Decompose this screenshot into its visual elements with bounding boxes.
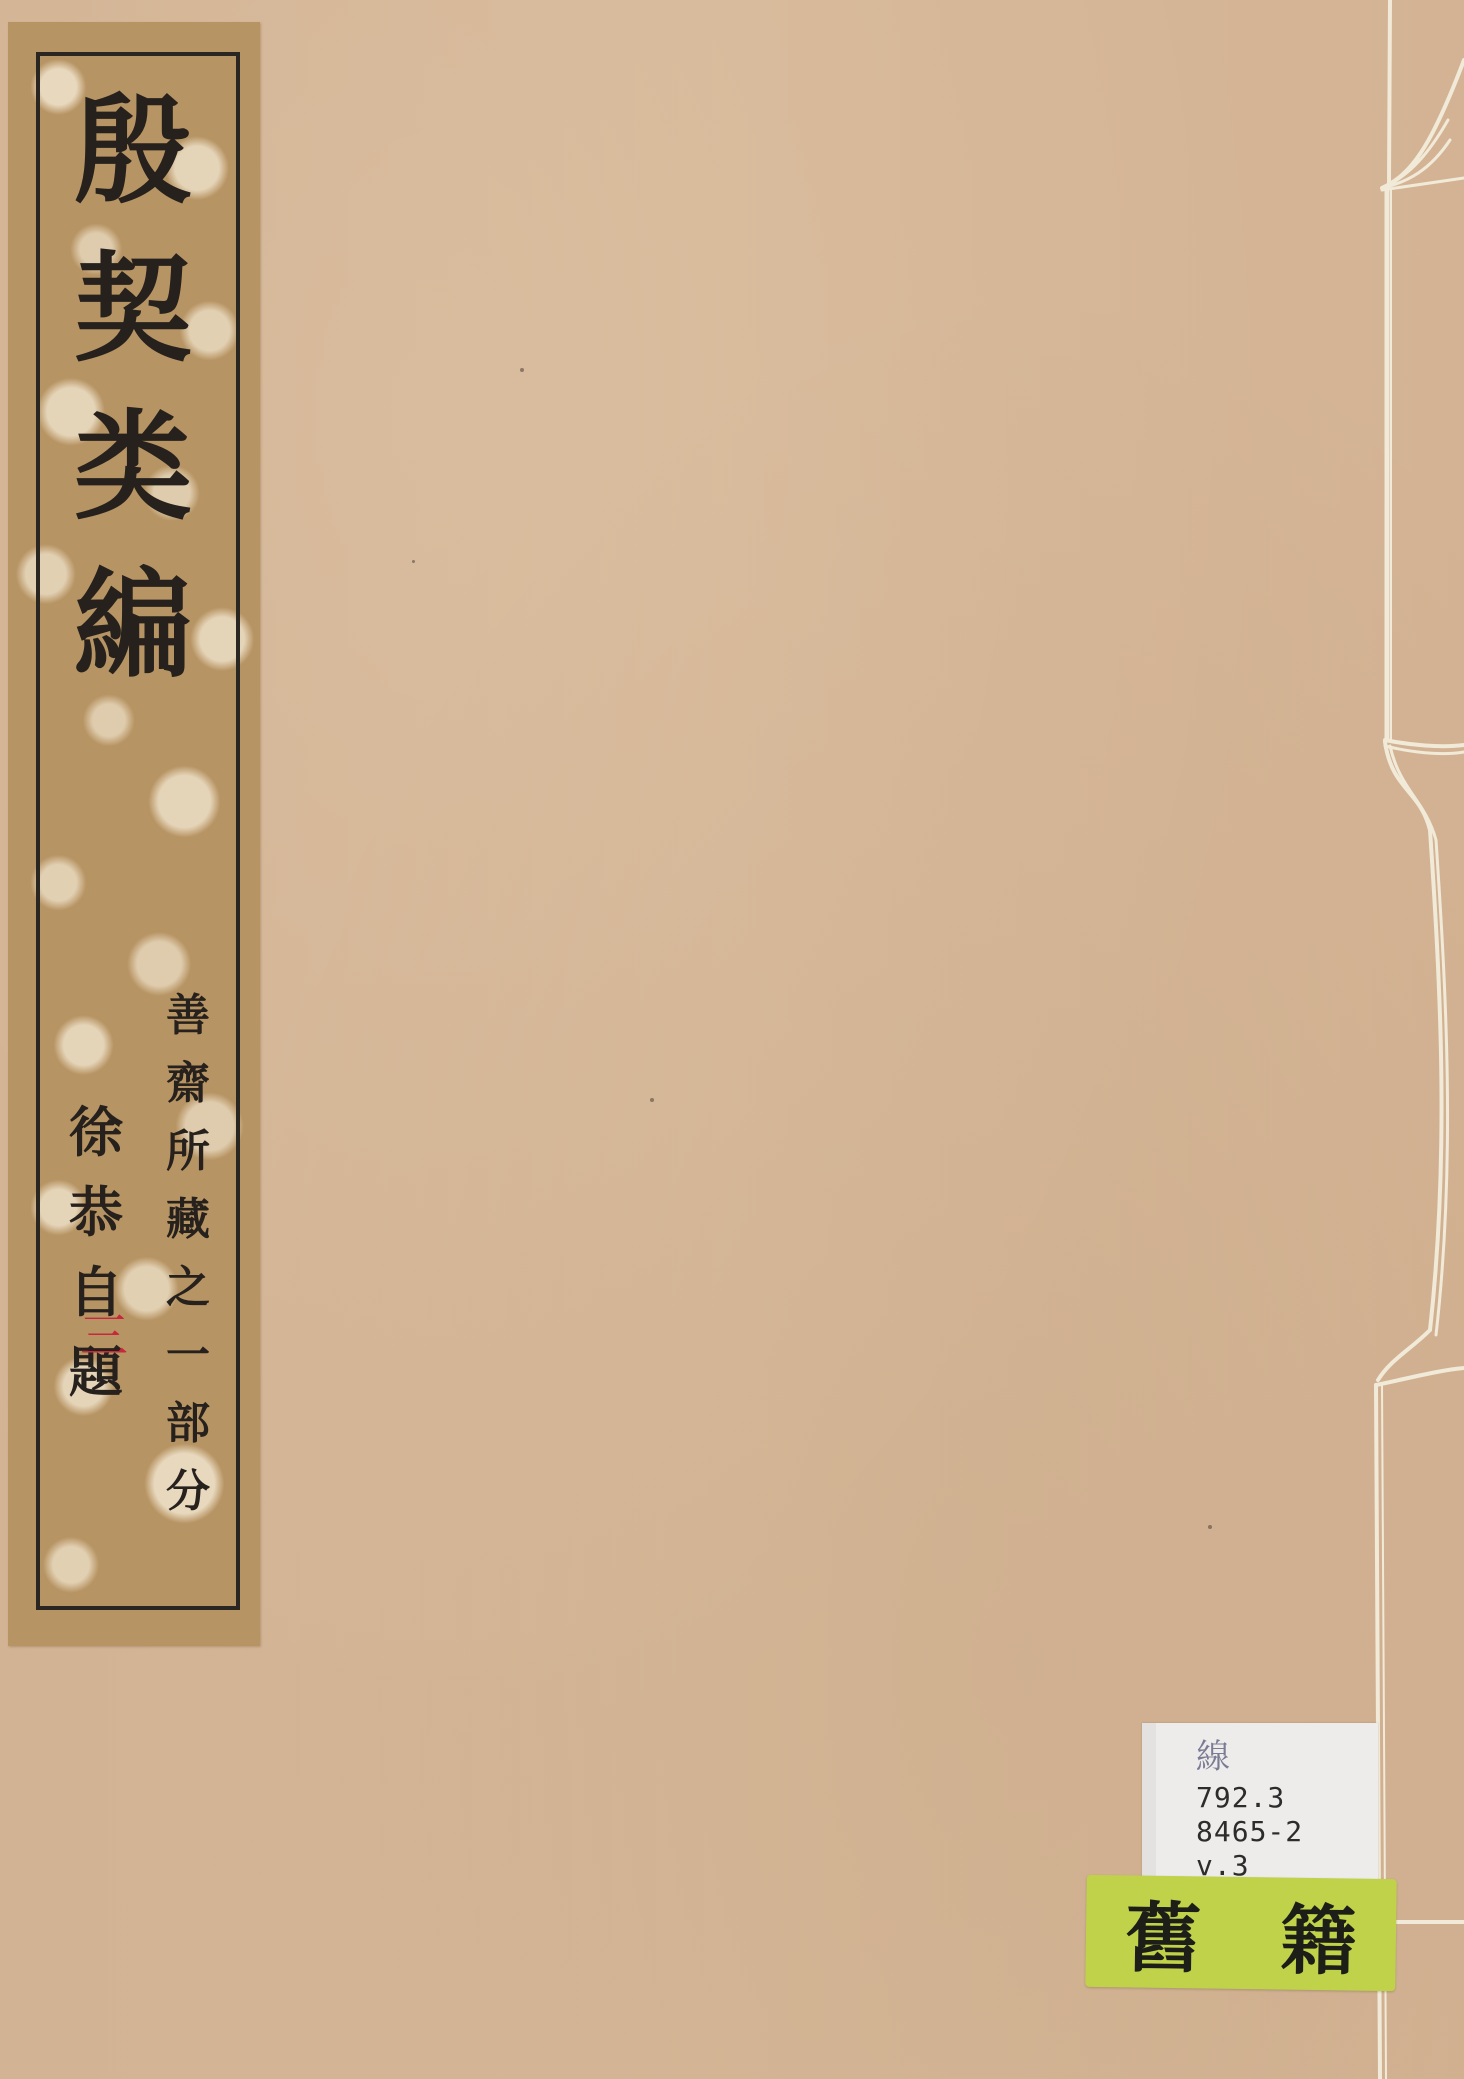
title-slip: 殷 契 类 編 善 齋 所 藏 之 一 部 分 徐 恭 自 題 三 [8,22,260,1646]
inscription-column: 徐 恭 自 題 [58,1092,134,1412]
old-book-char: 舊 [1125,1877,1203,1987]
title-char: 类 [74,388,192,546]
call-number-cutter: 8465-2 [1196,1815,1303,1848]
main-title: 殷 契 类 編 [68,72,198,704]
call-number-class: 792.3 [1196,1781,1285,1814]
subtitle-char: 分 [166,1458,210,1526]
title-char: 契 [74,230,192,388]
title-char: 殷 [74,72,192,230]
call-number-handwritten: 線 [1196,1729,1230,1778]
paper-speck [412,560,415,563]
paper-speck [650,1098,654,1102]
call-number-label: 線 792.3 8465-2 v.3 [1142,1723,1378,1898]
paper-speck [1208,1525,1212,1529]
inscription-char: 恭 [69,1172,123,1252]
volume-mark: 三 [80,1312,124,1360]
subtitle-char: 善 [166,982,210,1050]
inscription-char: 徐 [69,1092,123,1172]
subtitle-char: 之 [166,1254,210,1322]
subtitle-char: 齋 [166,1050,210,1118]
old-book-char: 籍 [1280,1879,1358,1989]
subtitle-char: 藏 [166,1186,210,1254]
paper-speck [520,368,524,372]
subtitle-column: 善 齋 所 藏 之 一 部 分 [156,982,220,1526]
old-book-label: 舊 籍 [1085,1875,1397,1991]
subtitle-char: 所 [166,1118,210,1186]
title-char: 編 [74,546,192,704]
subtitle-char: 一 [166,1322,210,1390]
subtitle-char: 部 [166,1390,210,1458]
